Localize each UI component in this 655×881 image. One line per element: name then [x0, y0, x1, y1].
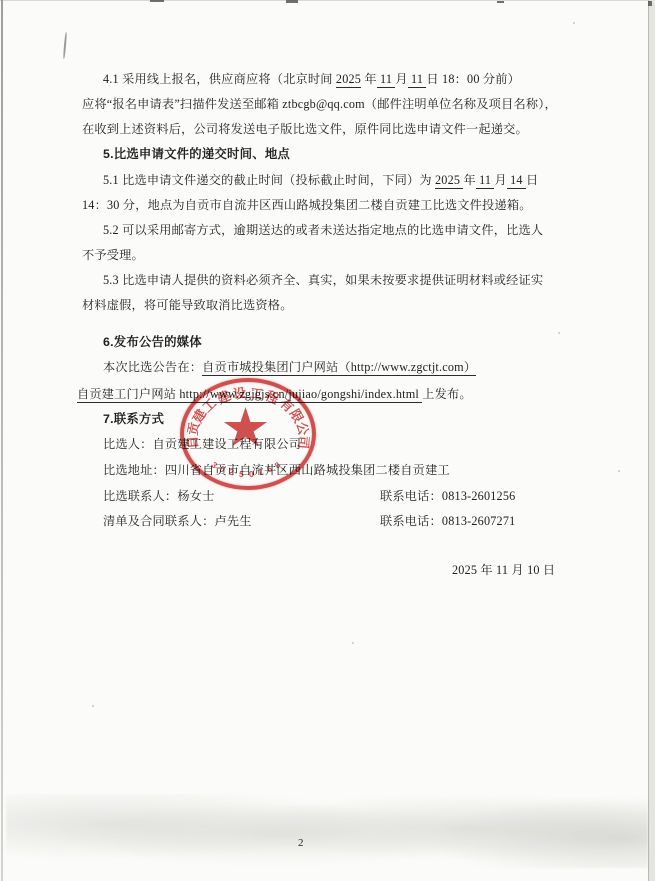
heading-7: 7.联系方式: [103, 411, 164, 428]
contact-person: 比选联系人：杨女士: [103, 488, 215, 505]
announcement-line1: 本次比选公告在：自贡市城投集团门户网站（http://www.zgctjt.co…: [103, 359, 476, 376]
contact-list-person-segment: 清单及合同联系人：卢先生: [103, 514, 252, 528]
scan-pen-mark: [63, 32, 67, 59]
stamp-company-char: 司: [295, 435, 315, 450]
scan-speckle: [352, 642, 354, 644]
clause-4-1-line1-segment: 11: [377, 72, 396, 88]
clause-5-2-line2-segment: 不予受理。: [82, 248, 144, 262]
company-seal: 自贡建工建设工程有限公司 30250768: [180, 378, 316, 490]
stamp-company-char: 自: [181, 435, 201, 450]
clause-5-3-line2: 材料虚假，将可能导致取消比选资格。: [82, 297, 293, 314]
clause-4-1-line2-segment: 应将“报名申请表”扫描件发送至邮箱 ztbcgb@qq.com（邮件注明单位名称…: [82, 97, 557, 111]
scan-speckle: [573, 22, 575, 24]
contact-phone-2: 联系电话：0813-2607271: [380, 513, 515, 530]
contact-list-person: 清单及合同联系人：卢先生: [103, 513, 252, 530]
scan-text-remnant: [150, 0, 164, 2]
clause-4-1-line1-segment: 4.1 采用线上报名，供应商应将（北京时间: [103, 72, 336, 86]
scan-speckle: [92, 705, 94, 707]
announcement-line1-segment: 自贡市城投集团门户网站（http://www.zgctjt.com）: [202, 360, 476, 376]
clause-5-1-line2: 14：30 分，地点为自贡市自流井区西山路城投集团二楼自贡建工比选文件投递箱。: [82, 197, 532, 214]
scanned-document-page: 4.1 采用线上报名，供应商应将（北京时间 2025 年 11 月 11 日 1…: [0, 0, 655, 881]
clause-5-1-line1-segment: 日: [526, 173, 538, 187]
date-line-segment: 2025 年 11 月 10 日: [452, 563, 555, 577]
stamp-company-char: 设: [232, 382, 248, 403]
clause-4-1-line1-segment: 年: [361, 72, 377, 86]
announcement-line1-segment: 本次比选公告在：: [103, 360, 202, 374]
scan-text-remnant: [648, 1, 652, 6]
clause-5-3-line2-segment: 材料虚假，将可能导致取消比选资格。: [82, 298, 293, 312]
page-number: 2: [298, 837, 304, 849]
scan-text-remnant: [497, 1, 504, 3]
clause-5-2-line1-segment: 5.2 可以采用邮寄方式，逾期送达的或者未送达指定地点的比选申请文件，比选人: [103, 223, 543, 237]
clause-5-2-line2: 不予受理。: [82, 247, 144, 264]
clause-5-3-line1: 5.3 比选申请人提供的资料必须齐全、真实，如果未按要求提供证明材料或经证实: [103, 272, 543, 289]
date-line: 2025 年 11 月 10 日: [452, 562, 555, 579]
clause-5-1-line1-segment: 11: [476, 173, 495, 189]
scan-speckle: [618, 470, 620, 472]
heading-5-segment: 5.比选申请文件的递交时间、地点: [103, 147, 290, 161]
clause-5-2-line1: 5.2 可以采用邮寄方式，逾期送达的或者未送达指定地点的比选申请文件，比选人: [103, 222, 543, 239]
scan-speckle: [558, 332, 560, 334]
clause-5-1-line1-segment: 14: [507, 173, 526, 189]
heading-6: 6.发布公告的媒体: [103, 334, 202, 351]
contact-person-segment: 比选联系人：杨女士: [103, 489, 215, 503]
heading-6-segment: 6.发布公告的媒体: [103, 335, 202, 349]
scan-left-edge: [1, 0, 3, 881]
clause-5-1-line1-segment: 5.1 比选申请文件递交的截止时间（投标截止时间，下同）为: [103, 173, 435, 187]
contact-phone-1-segment: 联系电话：0813-2601256: [380, 489, 515, 503]
clause-5-1-line1: 5.1 比选申请文件递交的截止时间（投标截止时间，下同）为 2025 年 11 …: [103, 172, 538, 189]
clause-5-3-line1-segment: 5.3 比选申请人提供的资料必须齐全、真实，如果未按要求提供证明材料或经证实: [103, 273, 543, 287]
stamp-code-char: 5: [238, 468, 244, 478]
clause-4-1-line2: 应将“报名申请表”扫描件发送至邮箱 ztbcgb@qq.com（邮件注明单位名称…: [82, 96, 557, 113]
scan-top-edge: [0, 0, 655, 1]
scan-right-edge: [648, 0, 655, 881]
clause-4-1-line1: 4.1 采用线上报名，供应商应将（北京时间 2025 年 11 月 11 日 1…: [103, 71, 520, 88]
clause-5-1-line2-segment: 14：30 分，地点为自贡市自流井区西山路城投集团二楼自贡建工比选文件投递箱。: [82, 198, 532, 212]
clause-4-1-line1-segment: 日 18：00 分前）: [426, 72, 520, 86]
scan-bottom-noise: [6, 794, 648, 868]
contact-phone-1: 联系电话：0813-2601256: [380, 488, 515, 505]
clause-5-1-line1-segment: 2025: [435, 173, 463, 189]
heading-7-segment: 7.联系方式: [103, 412, 164, 426]
clause-4-1-line3: 在收到上述资料后，公司将发送电子版比选文件，原件同比选申请文件一起递交。: [82, 121, 528, 138]
heading-5: 5.比选申请文件的递交时间、地点: [103, 146, 290, 163]
contact-phone-2-segment: 联系电话：0813-2607271: [380, 514, 515, 528]
clause-4-1-line1-segment: 11: [408, 72, 427, 88]
scan-text-remnant: [286, 0, 298, 3]
clause-4-1-line1-segment: 月: [395, 72, 407, 86]
clause-5-1-line1-segment: 年: [463, 173, 475, 187]
clause-4-1-line1-segment: 2025: [336, 72, 361, 88]
clause-5-1-line1-segment: 月: [494, 173, 506, 187]
announcement-line2-segment: 上发布。: [422, 387, 472, 401]
stamp-code-char: 0: [248, 468, 254, 478]
clause-4-1-line3-segment: 在收到上述资料后，公司将发送电子版比选文件，原件同比选申请文件一起递交。: [82, 122, 528, 136]
